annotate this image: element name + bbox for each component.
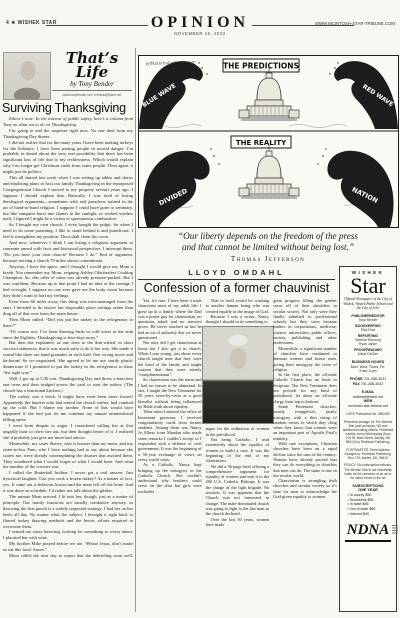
subscriptions-title: SUBSCRIPTIONS ONE YEAR (343, 484, 394, 493)
masthead-staff-list: PUBLISHER/EDITOR Tony Bender BOOKKEEPING… (343, 314, 394, 357)
omdahl-byline: LLOYD OMDAHL (138, 268, 335, 277)
jefferson-quote: “Our liberty depends on the freedom of t… (140, 231, 396, 265)
paragraph: With rare exceptions, Christian churches… (273, 441, 337, 478)
red-wave-shape (334, 61, 398, 129)
omdahl-article-body: Yes, it’s true. I have been a male chauv… (138, 298, 337, 612)
newspaper-page: 4 ★ WISHEK STAR OPINION NOVEMBER 16, 202… (0, 0, 400, 618)
paragraph: Not only did I get chauvinism at home bu… (138, 340, 202, 377)
paragraph: Anyway, I have the space, and I thought … (3, 264, 133, 299)
paragraph: Well, I got up at 5:30 a.m. Thanksgiving… (3, 376, 133, 394)
staff-name: Tony Bender (343, 318, 394, 322)
paragraph: Some Protestant churches, mostly evangel… (273, 404, 337, 441)
usps-line: USPS Publication No. 688-680 (343, 412, 394, 416)
paragraph: I called the Butterball hotline. I never… (3, 470, 133, 494)
paragraph: I went from despair to anger. I consider… (3, 423, 133, 441)
capitol-building (239, 67, 299, 120)
phone-fax: PHONE 701-288-3031 FAX 701-288-3032 (343, 377, 394, 386)
column-title-block: That’s Life by Tony Bender www.tonybende… (52, 49, 132, 97)
website-url: WWW.MCINTOSH-STAR-TRIBUNE.COM (315, 21, 395, 26)
paragraph: Over the last 50 years, women have made (206, 517, 270, 528)
paragraph: As a Catholic, Nancy kept bringing up th… (138, 462, 202, 494)
fax-label: FAX (353, 382, 360, 386)
paragraph: Mom called the next day to report that t… (3, 553, 133, 558)
staff-name: Ryan Janke (343, 342, 394, 346)
paragraph: I’m going to end the suspense right now.… (3, 128, 133, 140)
lloyd-omdahl-photo (202, 326, 274, 424)
phone-number: 701-288-3031 (364, 377, 386, 381)
paragraph: Then Mom called. “Did you put the turkey… (3, 317, 133, 329)
paragraph: The minute Mom arrived, I lit into her, … (3, 494, 133, 529)
paragraph: Not being Catholic, I read extensively a… (206, 437, 270, 463)
paragraph: In the first place, the all-male Catholi… (273, 372, 337, 404)
column-title-line2: Life (52, 63, 132, 81)
paragraph: So chauvinism was the norm and I had no … (138, 377, 202, 409)
quote-line1: “Our liberty depends on the freedom of t… (140, 231, 396, 242)
business-hours-time: 9 am-3 pm (343, 369, 394, 374)
paragraph: My brother Mike prayed before we ate. “P… (3, 541, 133, 553)
quote-attribution: Thomas Jefferson (140, 254, 396, 265)
paragraph: We did a 36-page brief offering a compre… (206, 464, 270, 517)
staff-name: Marie DeGier (343, 352, 394, 356)
bender-headline: Surviving Thanksgiving (2, 101, 134, 115)
masthead-name: Star (343, 275, 394, 296)
paragraph: Meanwhile, my sister Sherry, who is boss… (3, 441, 133, 471)
column-contact-line: www.tonybender.net / redhead@bktel.net (52, 90, 132, 97)
tony-bender-photo (3, 52, 51, 100)
capitol-building-2 (239, 145, 299, 198)
policy-notice: POLICY: No subscription refunds. The Wis… (343, 463, 394, 479)
ndna-logo: NDNA (345, 522, 392, 542)
paragraph: The turkey was a brick. It might have ev… (3, 394, 133, 424)
paragraph: That in itself would be crushing to anot… (206, 298, 270, 314)
column-divider (135, 48, 136, 612)
masthead-official-text: Official Newspaper of the City of Wishek… (343, 297, 394, 311)
blue-wave-shape (139, 61, 203, 129)
column-byline: by Tony Bender (52, 80, 132, 88)
omdahl-rule (138, 279, 335, 280)
email-web: E-MAIL redhead@bktel.net WEB mcintosh-st… (343, 390, 394, 408)
issue-date: NOVEMBER 16, 2022 (0, 31, 400, 36)
web-address: mcintosh-star-tribune.net (343, 404, 394, 409)
masthead-box: WISHEK Star Official Newspaper of the Ci… (339, 266, 397, 612)
ground-line (144, 125, 347, 128)
paragraph: I sensed my sister hovering, looking for… (3, 529, 133, 541)
paragraph: Yes, it’s true. I have been a male chauv… (138, 298, 202, 340)
quote-line2: and that cannot be limited without being… (140, 242, 396, 253)
paragraph: So I bought my own church. I even bought… (3, 222, 133, 240)
omdahl-col2: That in itself would be crushing to anot… (206, 298, 270, 612)
paragraph: Then when I entered the office of lieute… (138, 409, 202, 462)
divided-wave-shape (143, 151, 209, 227)
paragraph: argue for the ordination of women in the… (206, 426, 270, 437)
omdahl-col1: Yes, it’s true. I have been a male chauv… (138, 298, 202, 612)
paragraph: “Of course not. I’ve been thawing birds … (3, 329, 133, 341)
paragraph: Even from 60 miles away, this thing was … (3, 299, 133, 317)
editors-note: Editor’s note: In the interest of public… (3, 116, 133, 128)
panel1-label: THE PREDICTIONS (223, 62, 299, 71)
phone-label: PHONE (350, 377, 363, 381)
paragraph: great progress lifting the gender curse … (273, 298, 337, 346)
paragraph: And now, whenever I think I am losing a … (3, 240, 133, 264)
omdahl-col3: great progress lifting the gender curse … (273, 298, 337, 612)
omdahl-headline: Confession of a former chauvinist (138, 281, 335, 295)
periodical-notice: Periodical postage for The Wishek Star p… (343, 420, 394, 445)
subscriptions-list: • In county $50 • Snowbirds $55 • In sta… (343, 493, 394, 517)
cartoon-drawing: JeffKoterbaCartoons.com THE PREDICTIONS … (139, 56, 398, 227)
paragraph: But then she explained, as one does to t… (3, 340, 133, 375)
paragraph: Because I was a writer, Nancy thought I … (206, 314, 270, 325)
paragraph: I did not realize that for the many year… (3, 140, 133, 175)
paragraph: This all started last week when I was se… (3, 175, 133, 222)
paragraph: Meanwhile, a significant number of churc… (273, 346, 337, 372)
staff-name: Eliot Rutz (343, 328, 394, 332)
bender-article-body: Editor’s note: In the interest of public… (3, 116, 133, 558)
fax-number: 701-288-3032 (361, 382, 383, 386)
ground-line-2 (149, 205, 388, 208)
business-hours: BUSINESS HOURS Mon, Wed, Thurs, Fri. 9 a… (343, 360, 394, 374)
paragraph: Chauvinism is strangling both churches a… (273, 478, 337, 499)
subscription-item: • Internet $40 (343, 512, 394, 517)
postmaster-notice: POSTMASTER: Send address changes to: Red… (343, 448, 394, 460)
panel2-label: THE REALITY (236, 139, 287, 147)
editorial-cartoon: JeffKoterbaCartoons.com THE PREDICTIONS … (138, 55, 399, 228)
